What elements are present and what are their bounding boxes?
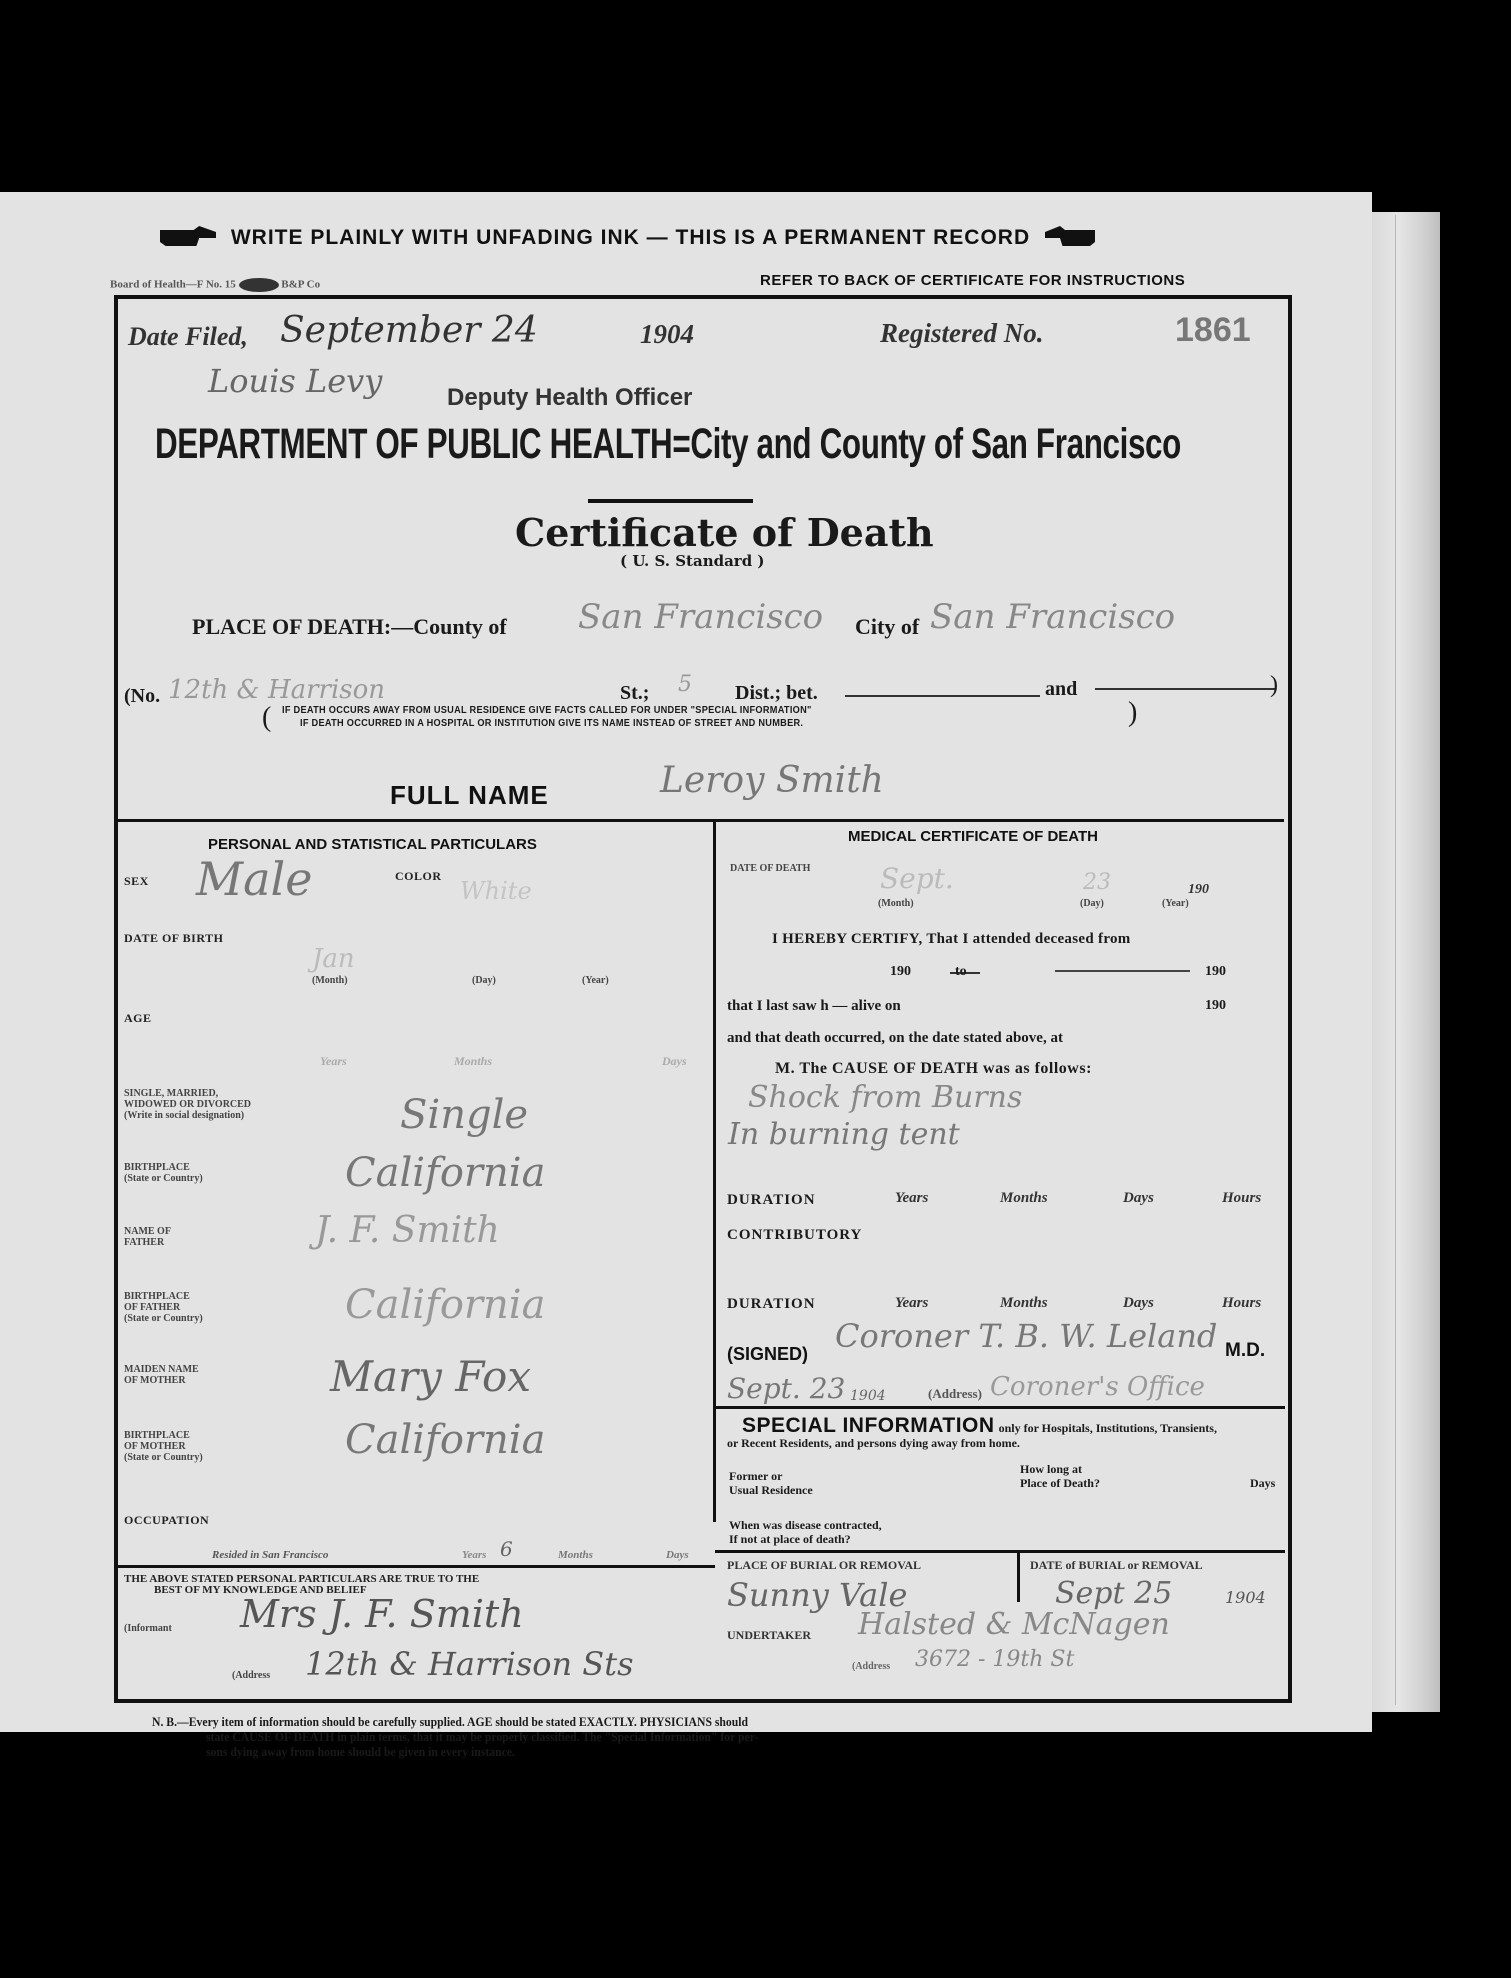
- how-long-label: How long at Place of Death?: [1020, 1462, 1100, 1490]
- informant-label: (Informant: [124, 1623, 172, 1634]
- burial-column-divider: [1017, 1552, 1020, 1602]
- certificate-border: [114, 295, 1292, 1703]
- section-divider: [118, 819, 1284, 822]
- undertaker-address-label: (Address: [852, 1661, 890, 1672]
- date-filed-year: 1904: [640, 319, 694, 350]
- undertaker-value: Halsted & McNagen: [858, 1607, 1170, 1642]
- burial-place-label: PLACE OF BURIAL OR REMOVAL: [727, 1560, 921, 1571]
- district-label: Dist.; bet.: [735, 682, 818, 705]
- county-value: San Francisco: [578, 597, 823, 637]
- title-divider: [588, 499, 753, 503]
- dod-year-label: (Year): [1162, 898, 1189, 909]
- color-label: COLOR: [395, 870, 442, 882]
- mother-value: Mary Fox: [330, 1352, 531, 1401]
- medical-address: Coroner's Office: [990, 1372, 1205, 1402]
- cause-line-2: In burning tent: [728, 1117, 960, 1152]
- certificate-standard: ( U. S. Standard ): [620, 552, 765, 570]
- signed-label: (SIGNED): [727, 1344, 808, 1365]
- dod-year-value: 190: [1188, 882, 1209, 898]
- instructions-note: REFER TO BACK OF CERTIFICATE FOR INSTRUC…: [760, 272, 1185, 289]
- residence-note-1: IF DEATH OCCURS AWAY FROM USUAL RESIDENC…: [282, 705, 812, 716]
- page-edge-line: [1395, 215, 1441, 1705]
- signed-year: 1904: [850, 1388, 886, 1404]
- full-name-label: FULL NAME: [390, 780, 549, 811]
- department-title: DEPARTMENT OF PUBLIC HEALTH=City and Cou…: [155, 420, 1181, 469]
- close-paren-note: ): [1128, 697, 1137, 729]
- dob-day-label: (Day): [472, 975, 496, 986]
- occupation-label: OCCUPATION: [124, 1514, 209, 1526]
- duration-label-2: DURATION: [727, 1296, 816, 1313]
- marital-label: SINGLE, MARRIED, WIDOWED OR DIVORCED (Wr…: [124, 1088, 251, 1121]
- place-of-death-label: PLACE OF DEATH:—County of: [192, 614, 507, 640]
- district-and-line: [1095, 688, 1275, 690]
- registered-label: Registered No.: [880, 318, 1043, 349]
- district-and-label: and: [1045, 678, 1077, 701]
- officer-signature: Louis Levy: [208, 362, 382, 400]
- duration-years-2: Years: [895, 1295, 928, 1312]
- sex-label: SEX: [124, 875, 149, 887]
- certify-to-line: [1055, 970, 1190, 972]
- father-birthplace-value: California: [345, 1282, 545, 1328]
- father-label: NAME OF FATHER: [124, 1226, 171, 1248]
- special-subtitle: or Recent Residents, and persons dying a…: [727, 1436, 1020, 1451]
- former-residence-label: Former or Usual Residence: [729, 1469, 813, 1497]
- dod-month-value: Sept.: [880, 862, 954, 895]
- burial-date-value: Sept 25: [1055, 1576, 1172, 1611]
- city-value: San Francisco: [930, 597, 1175, 637]
- resided-years-value: 6: [500, 1537, 513, 1561]
- duration-months-2: Months: [1000, 1295, 1048, 1312]
- informant-address-label: (Address: [232, 1670, 270, 1681]
- resided-months-label: Months: [558, 1549, 593, 1561]
- cause-line-1: Shock from Burns: [748, 1080, 1022, 1115]
- undertaker-label: UNDERTAKER: [727, 1630, 811, 1641]
- burial-year-value: 1904: [1225, 1588, 1266, 1607]
- dob-month-value: Jan: [312, 944, 355, 974]
- close-paren: ): [1270, 672, 1278, 699]
- warning-banner: WRITE PLAINLY WITH UNFADING INK — THIS I…: [160, 226, 1095, 250]
- pointing-hand-icon: [160, 226, 216, 246]
- pointing-hand-icon: [1045, 226, 1095, 246]
- mother-label: MAIDEN NAME OF MOTHER: [124, 1364, 199, 1386]
- date-filed-value: September 24: [280, 310, 538, 351]
- signed-date: Sept. 23: [727, 1372, 845, 1405]
- contracted-label: When was disease contracted, If not at p…: [729, 1518, 882, 1546]
- resided-label: Resided in San Francisco: [212, 1549, 328, 1561]
- mother-birthplace-value: California: [345, 1417, 545, 1463]
- dod-day-label: (Day): [1080, 898, 1104, 909]
- burial-date-label: DATE of BURIAL or REMOVAL: [1030, 1560, 1203, 1571]
- father-value: J. F. Smith: [315, 1210, 500, 1251]
- birthplace-value: California: [345, 1150, 545, 1196]
- father-birthplace-label: BIRTHPLACE OF FATHER (State or Country): [124, 1291, 203, 1324]
- dod-day-value: 23: [1083, 870, 1111, 895]
- informant-address: 12th & Harrison Sts: [305, 1645, 634, 1683]
- column-divider: [713, 822, 716, 1522]
- birthplace-label: BIRTHPLACE (State or Country): [124, 1162, 203, 1184]
- burial-divider: [715, 1550, 1285, 1553]
- duration-years: Years: [895, 1190, 928, 1207]
- residence-note-2: IF DEATH OCCURRED IN A HOSPITAL OR INSTI…: [300, 718, 803, 729]
- duration-hours-2: Hours: [1222, 1295, 1261, 1312]
- duration-label: DURATION: [727, 1192, 816, 1209]
- certify-to-label: to: [955, 964, 967, 980]
- resided-years-label: Years: [462, 1549, 486, 1561]
- age-months-label: Months: [454, 1054, 492, 1069]
- color-value: White: [460, 877, 532, 905]
- special-header: SPECIAL INFORMATION only for Hospitals, …: [742, 1414, 1217, 1438]
- dob-month-label: (Month): [312, 975, 348, 986]
- last-saw-label: that I last saw h — alive on: [727, 998, 901, 1015]
- informant-name: Mrs J. F. Smith: [240, 1592, 524, 1636]
- city-label: City of: [855, 614, 919, 640]
- special-divider: [715, 1406, 1285, 1409]
- marital-value: Single: [400, 1092, 528, 1138]
- how-long-days-label: Days: [1250, 1476, 1275, 1491]
- duration-months: Months: [1000, 1190, 1048, 1207]
- mother-birthplace-label: BIRTHPLACE OF MOTHER (State or Country): [124, 1430, 203, 1463]
- informant-divider: [118, 1565, 715, 1568]
- age-years-label: Years: [320, 1054, 347, 1069]
- sex-value: Male: [196, 852, 312, 906]
- last-saw-year: 190: [1205, 998, 1226, 1014]
- dod-month-label: (Month): [878, 898, 914, 909]
- dod-label: DATE OF DEATH: [730, 863, 810, 874]
- duration-days-2: Days: [1123, 1295, 1154, 1312]
- contributory-label: CONTRIBUTORY: [727, 1227, 862, 1244]
- ward-value: 5: [678, 672, 692, 697]
- age-days-label: Days: [662, 1054, 687, 1069]
- cause-label: M. The CAUSE OF DEATH was as follows:: [775, 1060, 1092, 1078]
- personal-section-title: PERSONAL AND STATISTICAL PARTICULARS: [208, 836, 537, 853]
- street-value: 12th & Harrison: [168, 675, 385, 705]
- certify-statement: I HEREBY CERTIFY, That I attended deceas…: [772, 931, 1131, 948]
- warning-text: WRITE PLAINLY WITH UNFADING INK — THIS I…: [231, 226, 1030, 249]
- medical-section-title: MEDICAL CERTIFICATE OF DEATH: [848, 828, 1098, 845]
- duration-hours: Hours: [1222, 1190, 1261, 1207]
- md-label: M.D.: [1225, 1340, 1265, 1362]
- certify-to-year: 190: [1205, 964, 1226, 980]
- medical-address-label: (Address): [928, 1386, 982, 1402]
- age-label: AGE: [124, 1012, 152, 1024]
- death-certificate-page: WRITE PLAINLY WITH UNFADING INK — THIS I…: [0, 192, 1372, 1732]
- full-name-value: Leroy Smith: [660, 760, 884, 801]
- printer-seal-icon: [239, 278, 279, 292]
- street-st-label: St.;: [620, 682, 649, 705]
- date-filed-label: Date Filed,: [128, 322, 248, 352]
- signed-by: Coroner T. B. W. Leland: [835, 1317, 1217, 1355]
- district-between-line: [845, 695, 1040, 697]
- duration-days: Days: [1123, 1190, 1154, 1207]
- dob-year-label: (Year): [582, 975, 609, 986]
- undertaker-address: 3672 - 19th St: [915, 1647, 1074, 1672]
- officer-title: Deputy Health Officer: [447, 384, 692, 412]
- footnote: N. B.—Every item of information should b…: [152, 1714, 758, 1759]
- registered-number: 1861: [1175, 311, 1251, 350]
- form-reference: Board of Health—F No. 15 B&P Co: [110, 278, 320, 292]
- certify-from-year: 190: [890, 964, 911, 980]
- open-paren: (: [262, 702, 271, 734]
- street-no-label: (No.: [124, 685, 160, 708]
- dob-label: DATE OF BIRTH: [124, 932, 223, 944]
- resided-days-label: Days: [666, 1549, 689, 1561]
- certificate-title: Certificate of Death: [515, 510, 934, 555]
- death-occurred-label: and that death occurred, on the date sta…: [727, 1030, 1063, 1047]
